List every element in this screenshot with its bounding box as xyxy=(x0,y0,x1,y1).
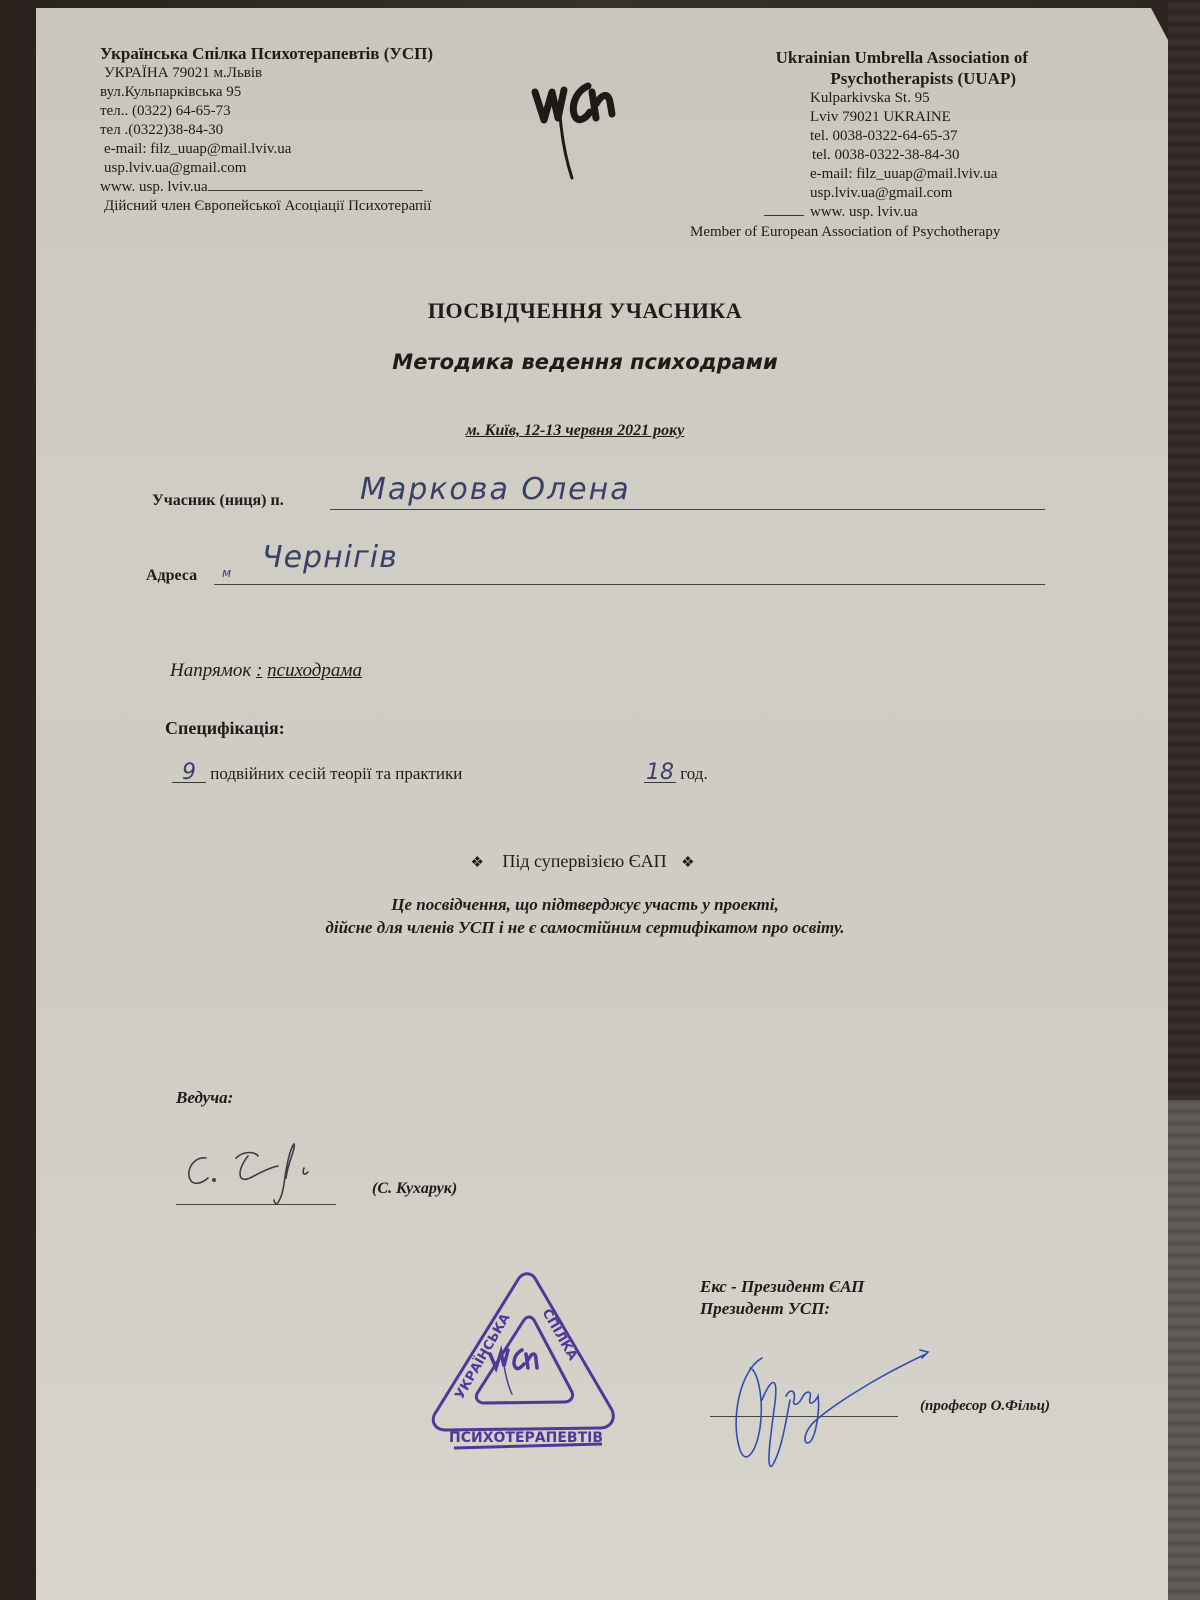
note-line-1: Це посвідчення, що підтверджує участь у … xyxy=(0,893,1170,916)
direction-separator: : xyxy=(256,660,262,681)
divider xyxy=(208,190,423,191)
membership-ua: Дійсний член Європейської Асоціації Псих… xyxy=(100,197,460,216)
address-label: Адреса xyxy=(146,567,197,585)
email-line: e-mail: filz_uuap@mail.lviv.ua xyxy=(810,165,1040,184)
president-title-1: Екс - Президент ЄАП xyxy=(700,1276,864,1298)
hours-unit: год. xyxy=(680,764,707,783)
phone-line: tel. 0038-0322-64-65-37 xyxy=(810,127,1040,146)
participant-name-handwritten: Маркова Олена xyxy=(360,472,631,507)
address-line: Lviv 79021 UKRAINE xyxy=(810,108,1040,127)
ornament-icon: ❖ xyxy=(470,855,483,871)
president-name: (професор О.Фільц) xyxy=(920,1398,1050,1415)
validity-note: Це посвідчення, що підтверджує участь у … xyxy=(0,893,1170,939)
lead-label: Ведуча: xyxy=(176,1088,233,1108)
address-line: вул.Кульпарківська 95 xyxy=(100,83,460,102)
hours-row: 18 год. xyxy=(644,764,708,784)
president-title-2: Президент УСП: xyxy=(700,1298,864,1320)
direction-row: Напрямок : психодрама xyxy=(170,660,362,682)
address-underline xyxy=(214,584,1045,585)
direction-label: Напрямок xyxy=(170,660,251,681)
stamp-logo-icon xyxy=(490,1350,537,1394)
supervision-line: ❖ Під супервізією ЄАП ❖ xyxy=(0,851,1165,872)
lead-signature xyxy=(178,1138,338,1223)
document-subtitle: Методика ведення психодрами xyxy=(0,350,1170,374)
header-right: Ukrainian Umbrella Association of Psycho… xyxy=(690,47,1040,242)
website-line: www. usp. lviv.ua xyxy=(100,179,208,195)
desk-background-right-lower xyxy=(1168,1100,1200,1600)
participant-underline xyxy=(330,509,1045,510)
org-name-en-2: Psychotherapists (UUAP) xyxy=(690,68,1040,89)
address-city-handwritten: Чернігів xyxy=(262,540,398,575)
lead-signature-line xyxy=(176,1204,336,1205)
sessions-count-handwritten: 9 xyxy=(172,764,206,783)
sessions-text: подвійних сесій теорії та практики xyxy=(210,764,462,783)
president-titles: Екс - Президент ЄАП Президент УСП: xyxy=(700,1276,864,1320)
stamp-text-right: СПІЛКА xyxy=(539,1307,580,1364)
note-line-2: дійсне для членів УСП і не є самостійним… xyxy=(0,916,1170,939)
address-line: УКРАЇНА 79021 м.Львів xyxy=(100,64,460,83)
email-line: usp.lviv.ua@gmail.com xyxy=(810,184,1040,203)
ornament-icon: ❖ xyxy=(681,855,694,871)
org-name-en-1: Ukrainian Umbrella Association of xyxy=(690,47,1040,68)
email-line: e-mail: filz_uuap@mail.lviv.ua xyxy=(100,140,460,159)
stamp-text-bottom: ПСИХОТЕРАПЕВТІВ xyxy=(449,1430,603,1446)
header-left: Українська Спілка Психотерапевтів (УСП) … xyxy=(100,44,460,216)
participant-label: Учасник (ниця) п. xyxy=(152,492,284,510)
hours-handwritten: 18 xyxy=(644,764,676,783)
president-signature xyxy=(730,1340,950,1485)
supervision-text: Під супервізією ЄАП xyxy=(502,851,666,871)
place-date: м. Київ, 12-13 червня 2021 року xyxy=(0,422,1150,440)
document-title: ПОСВІДЧЕННЯ УЧАСНИКА xyxy=(0,298,1170,324)
email-line: usp.lviv.ua@gmail.com xyxy=(100,159,460,178)
specification-row: 9 подвійних сесій теорії та практики xyxy=(172,764,462,784)
divider xyxy=(764,215,804,216)
direction-value: психодрама xyxy=(267,660,362,681)
address-prefix-handwritten: м xyxy=(222,566,231,580)
uuap-logo-icon xyxy=(530,70,620,180)
phone-line: тел .(0322)38-84-30 xyxy=(100,121,460,140)
organization-stamp: УКРАЇНСЬКА СПІЛКА ПСИХОТЕРАПЕВТІВ xyxy=(424,1270,624,1455)
membership-en: Member of European Association of Psycho… xyxy=(690,223,1040,242)
address-line: Kulparkivska St. 95 xyxy=(810,89,1040,108)
website-line: www. usp. lviv.ua xyxy=(810,204,918,220)
phone-line: tel. 0038-0322-38-84-30 xyxy=(810,146,1040,165)
org-name-ua: Українська Спілка Психотерапевтів (УСП) xyxy=(100,44,460,64)
specification-label: Специфікація: xyxy=(165,718,285,739)
phone-line: тел.. (0322) 64-65-73 xyxy=(100,102,460,121)
stamp-text-left: УКРАЇНСЬКА xyxy=(452,1311,514,1402)
lead-name: (С. Кухарук) xyxy=(372,1180,457,1198)
